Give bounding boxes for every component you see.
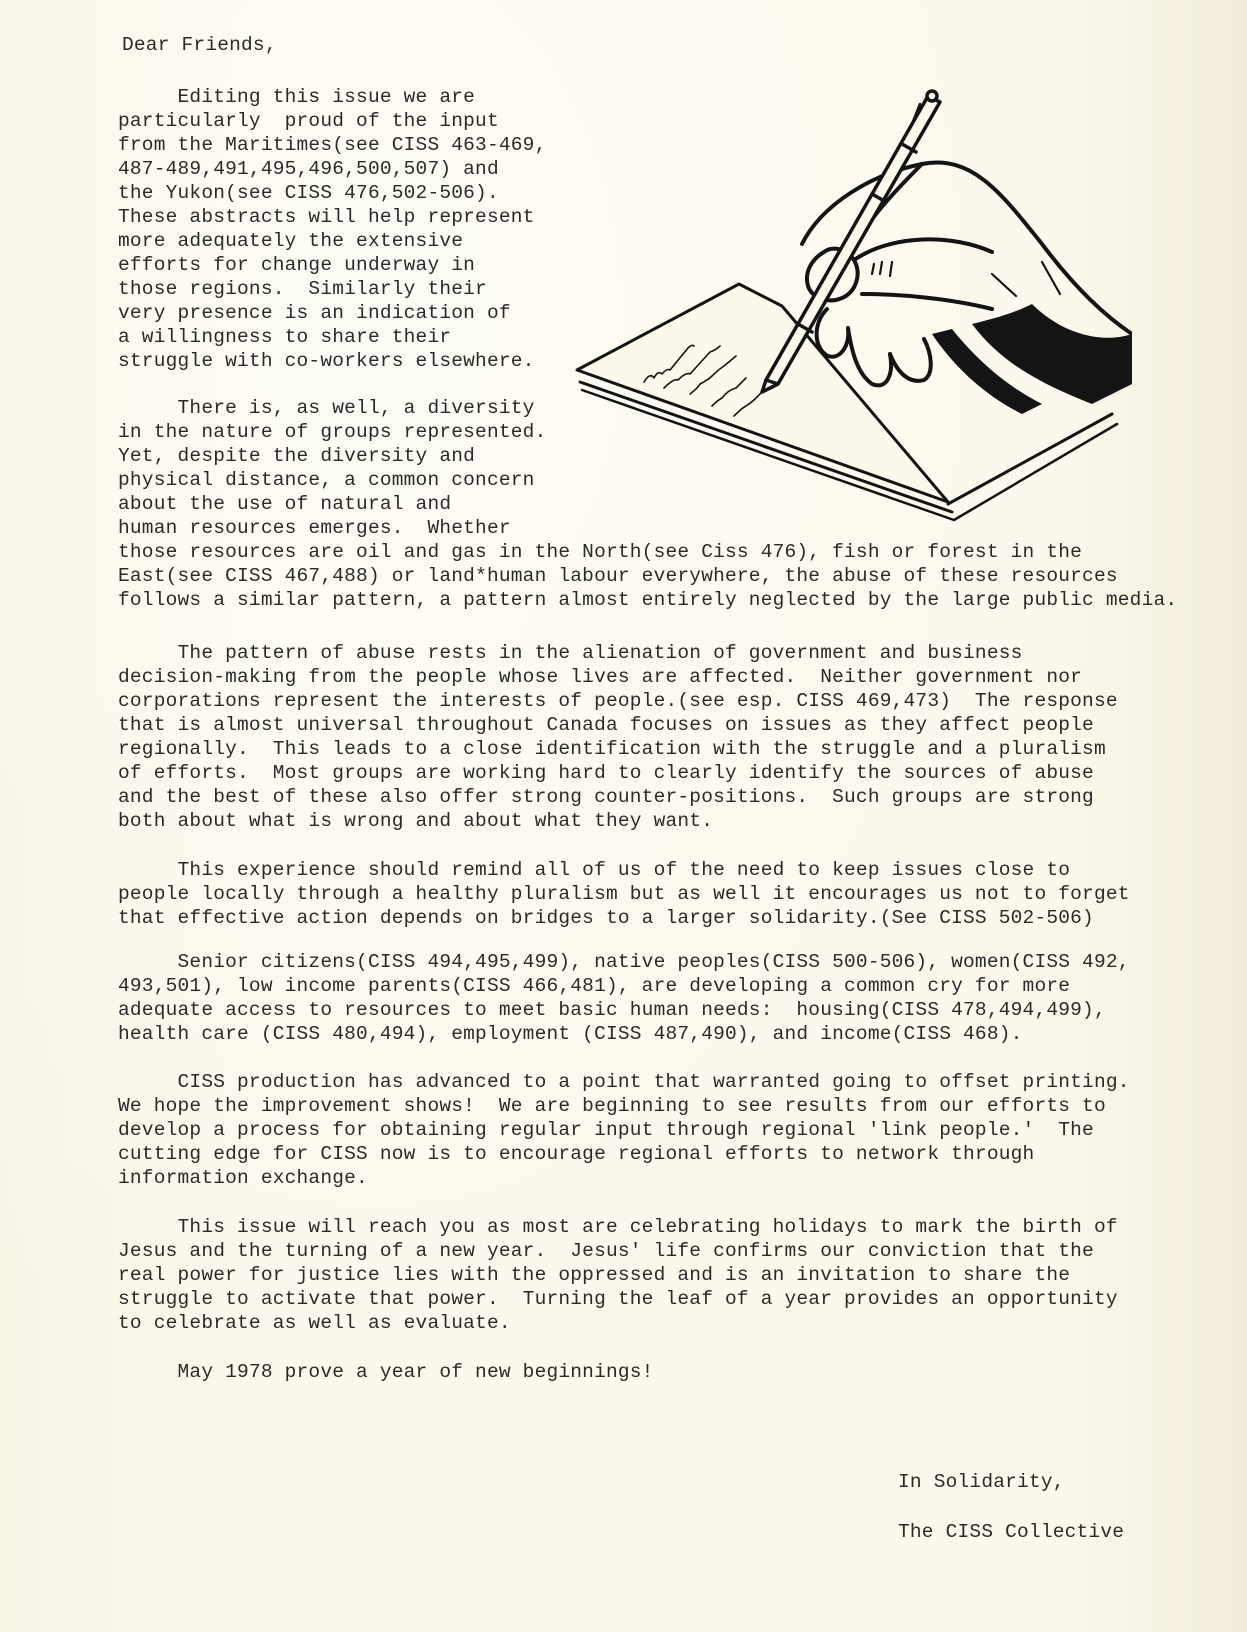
paragraph-p4-line: that effective action depends on bridges… — [118, 906, 1094, 930]
letter-page: Dear Friends, Editing this issue we arep… — [0, 0, 1247, 1632]
paragraph-p2-line: human resources emerges. Whether — [118, 516, 511, 540]
paragraph-p6-line: CISS production has advanced to a point … — [118, 1070, 1130, 1094]
paragraph-p3-line: regionally. This leads to a close identi… — [118, 737, 1106, 761]
salutation: Dear Friends, — [122, 33, 277, 57]
paragraph-p2-line: There is, as well, a diversity — [118, 396, 535, 420]
paragraph-p1-line: very presence is an indication of — [118, 301, 511, 325]
paragraph-p2-line: in the nature of groups represented. — [118, 420, 546, 444]
paragraph-p1-line: those regions. Similarly their — [118, 277, 487, 301]
paragraph-p6-line: develop a process for obtaining regular … — [118, 1118, 1094, 1142]
paragraph-p5-line: health care (CISS 480,494), employment (… — [118, 1022, 1023, 1046]
paragraph-p6-line: cutting edge for CISS now is to encourag… — [118, 1142, 1034, 1166]
hand-writing-with-pen-icon — [572, 84, 1132, 530]
paragraph-p4-line: This experience should remind all of us … — [118, 858, 1070, 882]
paragraph-p1-line: Editing this issue we are — [118, 85, 475, 109]
paragraph-p3-line: The pattern of abuse rests in the aliena… — [118, 641, 1023, 665]
paragraph-p4-line: people locally through a healthy plurali… — [118, 882, 1130, 906]
paragraph-p6-line: We hope the improvement shows! We are be… — [118, 1094, 1106, 1118]
paragraph-p1-line: These abstracts will help represent — [118, 205, 535, 229]
paragraph-p2-line: those resources are oil and gas in the N… — [118, 540, 1082, 564]
closing: In Solidarity, — [898, 1470, 1065, 1494]
paragraph-p1-line: particularly proud of the input — [118, 109, 499, 133]
paragraph-p7-line: struggle to activate that power. Turning… — [118, 1287, 1118, 1311]
paragraph-p8-line: May 1978 prove a year of new beginnings! — [118, 1360, 654, 1384]
paragraph-p7-line: This issue will reach you as most are ce… — [118, 1215, 1118, 1239]
paragraph-p3-line: and the best of these also offer strong … — [118, 785, 1094, 809]
paragraph-p3-line: both about what is wrong and about what … — [118, 809, 713, 833]
paragraph-p5-line: adequate access to resources to meet bas… — [118, 998, 1106, 1022]
paragraph-p2-line: physical distance, a common concern — [118, 468, 535, 492]
paragraph-p3-line: corporations represent the interests of … — [118, 689, 1118, 713]
paragraph-p2-line: about the use of natural and — [118, 492, 451, 516]
paragraph-p1-line: from the Maritimes(see CISS 463-469, — [118, 133, 546, 157]
paragraph-p2-line: East(see CISS 467,488) or land*human lab… — [118, 564, 1118, 588]
paragraph-p7-line: Jesus and the turning of a new year. Jes… — [118, 1239, 1094, 1263]
paragraph-p7-line: to celebrate as well as evaluate. — [118, 1311, 511, 1335]
paragraph-p3-line: that is almost universal throughout Cana… — [118, 713, 1094, 737]
paragraph-p3-line: decision-making from the people whose li… — [118, 665, 1082, 689]
signature: The CISS Collective — [898, 1520, 1124, 1544]
paragraph-p7-line: real power for justice lies with the opp… — [118, 1263, 1070, 1287]
paragraph-p1-line: struggle with co-workers elsewhere. — [118, 349, 535, 373]
paragraph-p1-line: 487-489,491,495,496,500,507) and — [118, 157, 499, 181]
paragraph-p2-line: follows a similar pattern, a pattern alm… — [118, 588, 1177, 612]
paragraph-p1-line: the Yukon(see CISS 476,502-506). — [118, 181, 499, 205]
paragraph-p2-line: Yet, despite the diversity and — [118, 444, 475, 468]
paragraph-p3-line: of efforts. Most groups are working hard… — [118, 761, 1094, 785]
paragraph-p1-line: more adequately the extensive — [118, 229, 463, 253]
paragraph-p1-line: a willingness to share their — [118, 325, 451, 349]
paragraph-p5-line: Senior citizens(CISS 494,495,499), nativ… — [118, 950, 1130, 974]
paragraph-p5-line: 493,501), low income parents(CISS 466,48… — [118, 974, 1070, 998]
paragraph-p6-line: information exchange. — [118, 1166, 368, 1190]
paragraph-p1-line: efforts for change underway in — [118, 253, 475, 277]
